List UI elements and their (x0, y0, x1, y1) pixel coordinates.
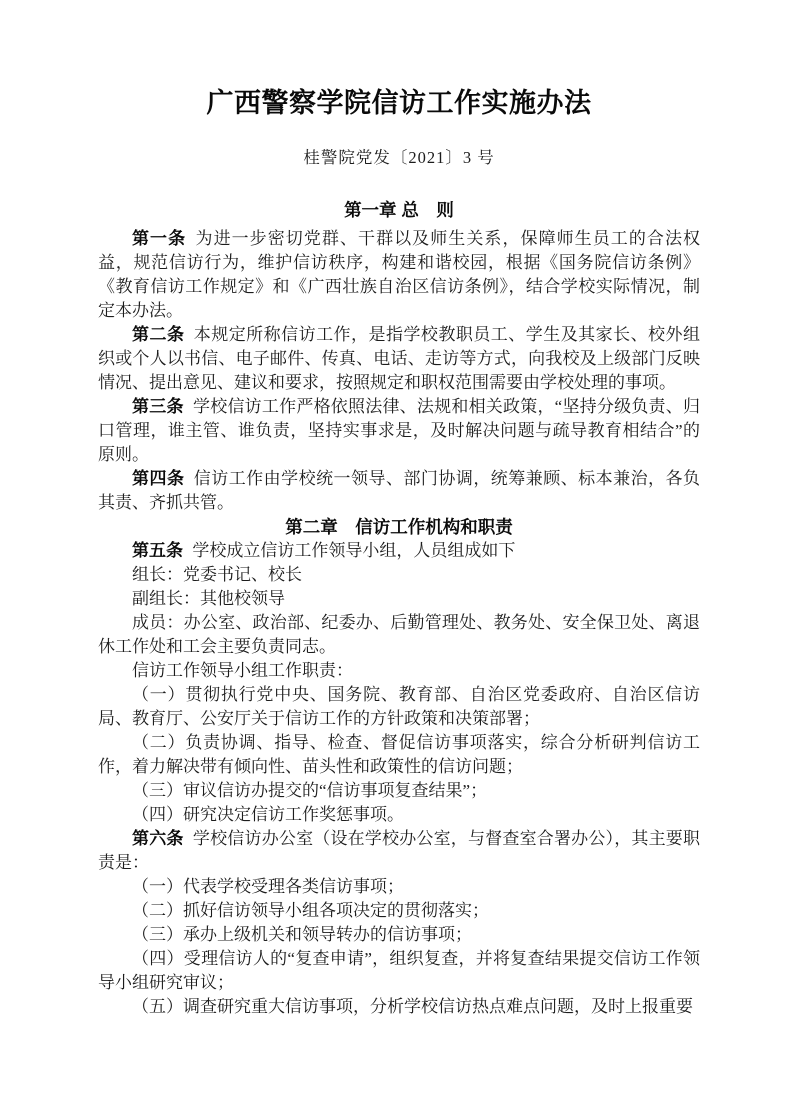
chapter-heading: 第一章 总 则 (98, 198, 700, 222)
chapter-heading: 第二章 信访工作机构和职责 (98, 515, 700, 539)
article-paragraph: 第三条学校信访工作严格依照法律、法规和相关政策，“坚持分级负责、归口管理，谁主管… (98, 395, 700, 467)
document-content: 广西警察学院信访工作实施办法 桂警院党发〔2021〕3 号 第一章 总 则第一条… (0, 86, 794, 1019)
paragraph: （五）调查研究重大信访事项，分析学校信访热点难点问题，及时上报重要 (98, 995, 700, 1019)
article-paragraph: 第五条学校成立信访工作领导小组，人员组成如下 (98, 539, 700, 563)
article-text: 学校信访工作严格依照法律、法规和相关政策，“坚持分级负责、归口管理，谁主管、谁负… (98, 397, 700, 464)
paragraph: （四）研究决定信访工作奖惩事项。 (98, 803, 700, 827)
article-text: 信访工作由学校统一领导、部门协调，统筹兼顾、标本兼治，各负其责、齐抓共管。 (98, 469, 700, 512)
article-paragraph: 第一条为进一步密切党群、干群以及师生关系，保障师生员工的合法权益，规范信访行为，… (98, 227, 700, 323)
article-label: 第五条 (132, 541, 183, 560)
paragraph: （三）审议信访办提交的“信访事项复查结果”； (98, 779, 700, 803)
document-title: 广西警察学院信访工作实施办法 (98, 86, 700, 120)
paragraph: 副组长：其他校领导 (98, 587, 700, 611)
article-label: 第二条 (132, 325, 184, 344)
document-body: 第一章 总 则第一条为进一步密切党群、干群以及师生关系，保障师生员工的合法权益，… (98, 198, 700, 1019)
article-text: 本规定所称信访工作，是指学校教职员工、学生及其家长、校外组织或个人以书信、电子邮… (98, 325, 700, 392)
document-number: 桂警院党发〔2021〕3 号 (98, 147, 700, 169)
article-label: 第一条 (132, 229, 186, 248)
paragraph: （一）代表学校受理各类信访事项； (98, 875, 700, 899)
paragraph: （一）贯彻执行党中央、国务院、教育部、自治区党委政府、自治区信访局、教育厅、公安… (98, 683, 700, 731)
paragraph: 组长：党委书记、校长 (98, 563, 700, 587)
document-page: 广西警察学院信访工作实施办法 桂警院党发〔2021〕3 号 第一章 总 则第一条… (0, 0, 794, 1108)
article-paragraph: 第二条本规定所称信访工作，是指学校教职员工、学生及其家长、校外组织或个人以书信、… (98, 323, 700, 395)
paragraph: 成员：办公室、政治部、纪委办、后勤管理处、教务处、安全保卫处、离退休工作处和工会… (98, 611, 700, 659)
article-label: 第三条 (132, 397, 184, 416)
paragraph: （三）承办上级机关和领导转办的信访事项； (98, 923, 700, 947)
paragraph: （二）抓好信访领导小组各项决定的贯彻落实； (98, 899, 700, 923)
article-text: 学校信访办公室（设在学校办公室，与督查室合署办公），其主要职责是： (98, 829, 700, 872)
paragraph: （二）负责协调、指导、检查、督促信访事项落实，综合分析研判信访工作，着力解决带有… (98, 731, 700, 779)
article-paragraph: 第六条学校信访办公室（设在学校办公室，与督查室合署办公），其主要职责是： (98, 827, 700, 875)
article-paragraph: 第四条信访工作由学校统一领导、部门协调，统筹兼顾、标本兼治，各负其责、齐抓共管。 (98, 467, 700, 515)
article-label: 第六条 (132, 829, 184, 848)
paragraph: 信访工作领导小组工作职责： (98, 659, 700, 683)
article-text: 学校成立信访工作领导小组，人员组成如下 (192, 541, 515, 560)
paragraph: （四）受理信访人的“复查申请”，组织复查，并将复查结果提交信访工作领导小组研究审… (98, 947, 700, 995)
article-text: 为进一步密切党群、干群以及师生关系，保障师生员工的合法权益，规范信访行为，维护信… (98, 229, 700, 320)
article-label: 第四条 (132, 469, 184, 488)
